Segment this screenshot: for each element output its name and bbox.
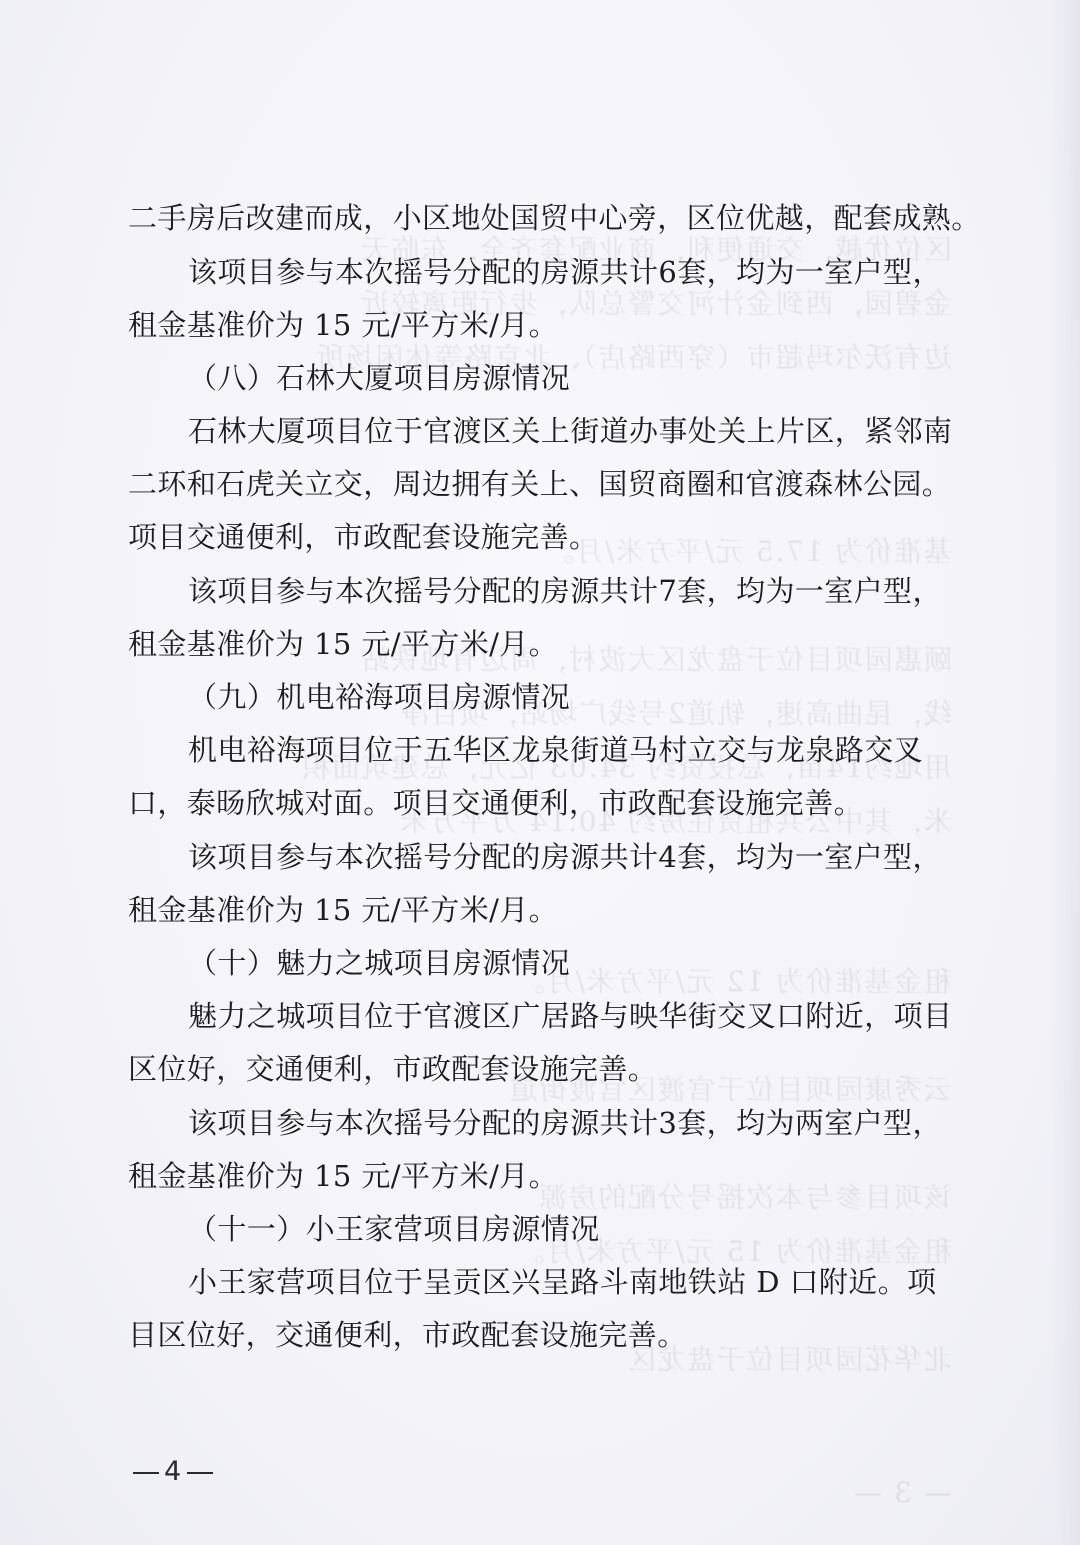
body-line: 该项目参与本次摇号分配的房源共计4套，均为一室户型， [188,837,942,877]
body-line: 石林大厦项目位于官渡区关上街道办事处关上片区，紧邻南 [188,411,952,451]
page-number-dash-left [133,1472,159,1474]
body-line: 机电裕海项目位于五华区龙泉街道马村立交与龙泉路交叉 [188,730,923,770]
body-line: 租金基准价为 15 元/平方米/月。 [128,624,558,664]
body-line: 租金基准价为 15 元/平方米/月。 [128,1156,558,1196]
body-line: 二环和石虎关立交，周边拥有关上、国贸商圈和官渡森林公园。 [128,464,951,504]
body-line: 该项目参与本次摇号分配的房源共计3套，均为两室户型， [188,1103,942,1143]
document-page: 二手房后改建而成，小区地处国贸中心旁，区位优越，配套成熟。 该项目参与本次摇号分… [0,0,1080,1545]
page-number: 4 [128,1456,218,1487]
body-line: 区位好，交通便利，市政配套设施完善。 [128,1049,657,1089]
body-line: 二手房后改建而成，小区地处国贸中心旁，区位优越，配套成熟。 [128,198,981,238]
body-line: 口，泰旸欣城对面。项目交通便利，市政配套设施完善。 [128,783,863,823]
page-number-dash-right [187,1472,213,1474]
body-line: 租金基准价为 15 元/平方米/月。 [128,305,558,345]
body-line: 该项目参与本次摇号分配的房源共计6套，均为一室户型， [188,252,942,292]
body-line: 目区位好，交通便利，市政配套设施完善。 [128,1315,687,1355]
page-number-value: 4 [164,1456,182,1487]
body-line: 该项目参与本次摇号分配的房源共计7套，均为一室户型， [188,571,942,611]
body-line: 小王家营项目位于呈贡区兴呈路斗南地铁站 D 口附近。项 [188,1262,937,1302]
section-heading: （十一）小王家营项目房源情况 [188,1209,600,1249]
body-line: 租金基准价为 15 元/平方米/月。 [128,890,558,930]
body-line: 项目交通便利，市政配套设施完善。 [128,517,598,557]
section-heading: （十）魅力之城项目房源情况 [188,943,570,983]
section-heading: （八）石林大厦项目房源情况 [188,358,570,398]
body-line: 魅力之城项目位于官渡区广居路与映华街交叉口附近，项目 [188,996,952,1036]
section-heading: （九）机电裕海项目房源情况 [188,677,570,717]
